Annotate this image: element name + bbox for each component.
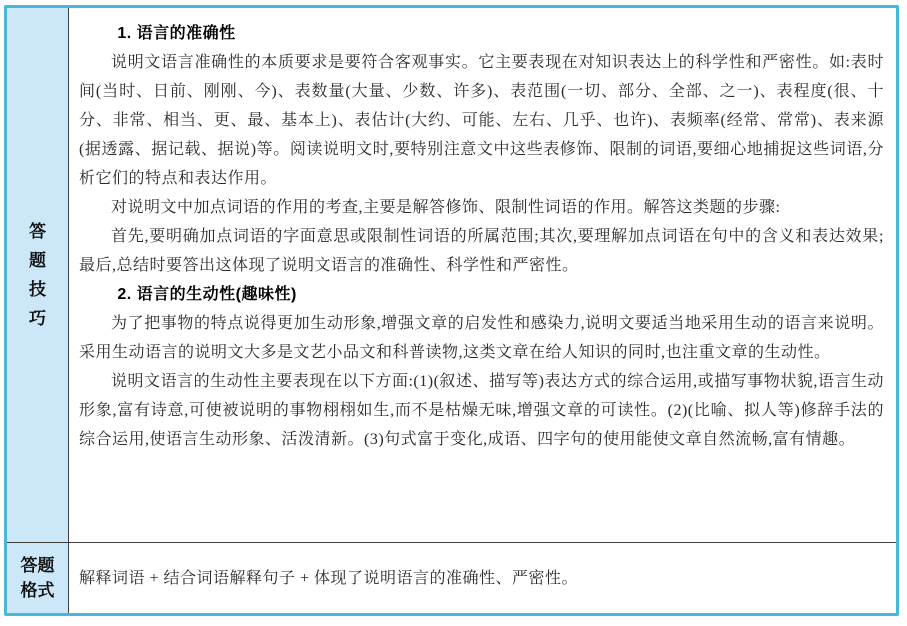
row-header-answer-format: 答题 格式 [7,543,69,613]
paragraph-answer-format: 解释词语 + 结合词语解释句子 + 体现了说明语言的准确性、严密性。 [79,564,578,593]
paragraph-exam-focus: 对说明文中加点词语的作用的考查,主要是解答修饰、限制性词语的作用。解答这类题的步… [79,193,884,222]
row-header-label: 答 题 技 巧 [29,217,46,333]
label-char: 巧 [29,304,46,333]
row-header-answer-techniques: 答 题 技 巧 [7,8,69,542]
heading-language-vividness: 2. 语言的生动性(趣味性) [79,280,884,309]
paragraph-answer-steps: 首先,要明确加点词语的字面意思或限制性词语的所属范围;其次,要理解加点词语在句中… [79,222,884,280]
paragraph-accuracy-explanation: 说明文语言准确性的本质要求是要符合客观事实。它主要表现在对知识表达上的科学性和严… [79,48,884,193]
heading-language-accuracy: 1. 语言的准确性 [79,19,884,48]
row-header-label: 答题 格式 [21,553,55,603]
label-char: 技 [29,275,46,304]
study-notes-table: 答 题 技 巧 1. 语言的准确性 说明文语言准确性的本质要求是要符合客观事实。… [4,5,899,616]
table-row-answer-format: 答题 格式 解释词语 + 结合词语解释句子 + 体现了说明语言的准确性、严密性。 [7,543,896,613]
paragraph-vividness-aspects: 说明文语言的生动性主要表现在以下方面:(1)(叙述、描写等)表达方式的综合运用,… [79,367,884,454]
label-line: 格式 [21,578,55,603]
answer-techniques-content: 1. 语言的准确性 说明文语言准确性的本质要求是要符合客观事实。它主要表现在对知… [69,8,896,542]
table-row-answer-techniques: 答 题 技 巧 1. 语言的准确性 说明文语言准确性的本质要求是要符合客观事实。… [7,8,896,543]
answer-format-content: 解释词语 + 结合词语解释句子 + 体现了说明语言的准确性、严密性。 [69,543,896,613]
paragraph-vividness-explanation: 为了把事物的特点说得更加生动形象,增强文章的启发性和感染力,说明文要适当地采用生… [79,309,884,367]
label-line: 答题 [21,553,55,578]
label-char: 题 [29,246,46,275]
label-char: 答 [29,217,46,246]
